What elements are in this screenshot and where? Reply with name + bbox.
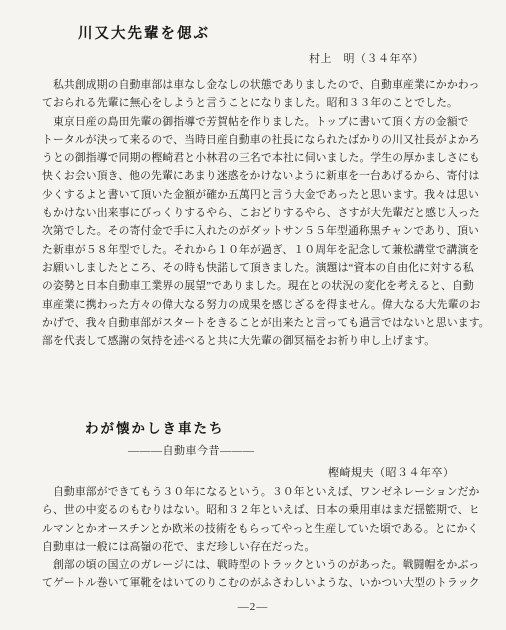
text-line: 少くするよと書いて頂いた金額が確か五萬円と言う大金であったと思います。我々は思い <box>42 186 490 204</box>
text-line: ルマンとかオースチンとか欧米の技術をもらってやっと生産していた頃である。とにかく <box>42 520 480 538</box>
cars-article-body: 自動車部ができてもう３０年になるという。３０年といえば、ワンゼネレーションだから… <box>42 483 480 593</box>
text-line: トータルが決って来るので、当時日産自動車の社長になられたばかりの川又社長がよかろ <box>42 131 490 149</box>
text-line: 部を代表して感謝の気持を述べると共に大先輩の御冥福をお祈り申し上げます。 <box>42 332 490 350</box>
text-line: 快くお会い頂き、他の先輩にあまり迷惑をかけないように新車を一台あげるから、寄付は <box>42 167 490 185</box>
page-number: ―2― <box>0 601 506 613</box>
text-line: の姿勢と日本自動車工業界の展望”でありました。現在との状況の変化を考えると、自動 <box>42 277 490 295</box>
text-line: 次第でした。その寄付金で手に入れたのがダットサン５５年型通称黒チャンであり、頂い <box>42 222 490 240</box>
text-line: うとの御指導で同期の樫崎君と小林君の三名で本社に伺いました。学生の厚かましさにも <box>42 149 490 167</box>
text-line: 私共創成期の自動車部は車なし金なしの状態でありましたので、自動車産業にかかわっ <box>42 76 490 94</box>
text-line: ら、世の中変るのもむりはない。昭和３２年といえば、日本の乗用車はまだ揺籃期で、ヒ <box>42 501 480 519</box>
text-line: 創部の頃の国立のガレージには、戦時型のトラックというのがあった。戦闘帽をかぶっ <box>42 556 480 574</box>
cars-article-title: わが懐かしき車たち <box>85 417 225 437</box>
cars-article-subtitle: ―――自動車今昔――― <box>128 442 255 458</box>
text-line: 自動車は一般には高嶺の花で、まだ珍しい存在だった。 <box>42 538 480 556</box>
text-line: てゲートル巻いて軍靴をはいてのりこむのがふさわしいような、いかつい大型のトラック <box>42 574 480 592</box>
text-line: ておられる先輩に無心をしようと言うことになりました。昭和３３年のことでした。 <box>42 94 490 112</box>
memorial-article-title: 川又大先輩を偲ぶ <box>78 22 210 43</box>
text-line: 車産業に携わった方々の偉大なる努力の成果を感じざるを得ません。偉大なる大先輩のお <box>42 296 490 314</box>
memorial-article-author: 村上 明（３４年卒） <box>309 50 424 66</box>
text-line: た新車が５８年型でした。それから１０年が過ぎ、１０周年を記念して兼松講堂で講演を <box>42 241 490 259</box>
text-line: お願いしましたところ、その時も快諾して頂きました。演題は“資本の自由化に対する私 <box>42 259 490 277</box>
cars-article-author: 樫崎規夫（昭３４年卒） <box>328 464 455 480</box>
text-line: 東京日産の島田先輩の御指導で芳賀帖を作りました。トップに書いて頂く方の金額で <box>42 113 490 131</box>
text-line: 自動車部ができてもう３０年になるという。３０年といえば、ワンゼネレーションだか <box>42 483 480 501</box>
text-line: もかけない出来事にびっくりするやら、こおどりするやら、さすが大先輩だと感じ入った <box>42 204 490 222</box>
text-line: かげで、我々自動車部がスタートをきることが出来たと言っても過言ではないと思います… <box>42 314 490 332</box>
memorial-article-body: 私共創成期の自動車部は車なし金なしの状態でありましたので、自動車産業にかかわって… <box>42 76 490 350</box>
document-page: 川又大先輩を偲ぶ 村上 明（３４年卒） 私共創成期の自動車部は車なし金なしの状態… <box>0 0 506 630</box>
